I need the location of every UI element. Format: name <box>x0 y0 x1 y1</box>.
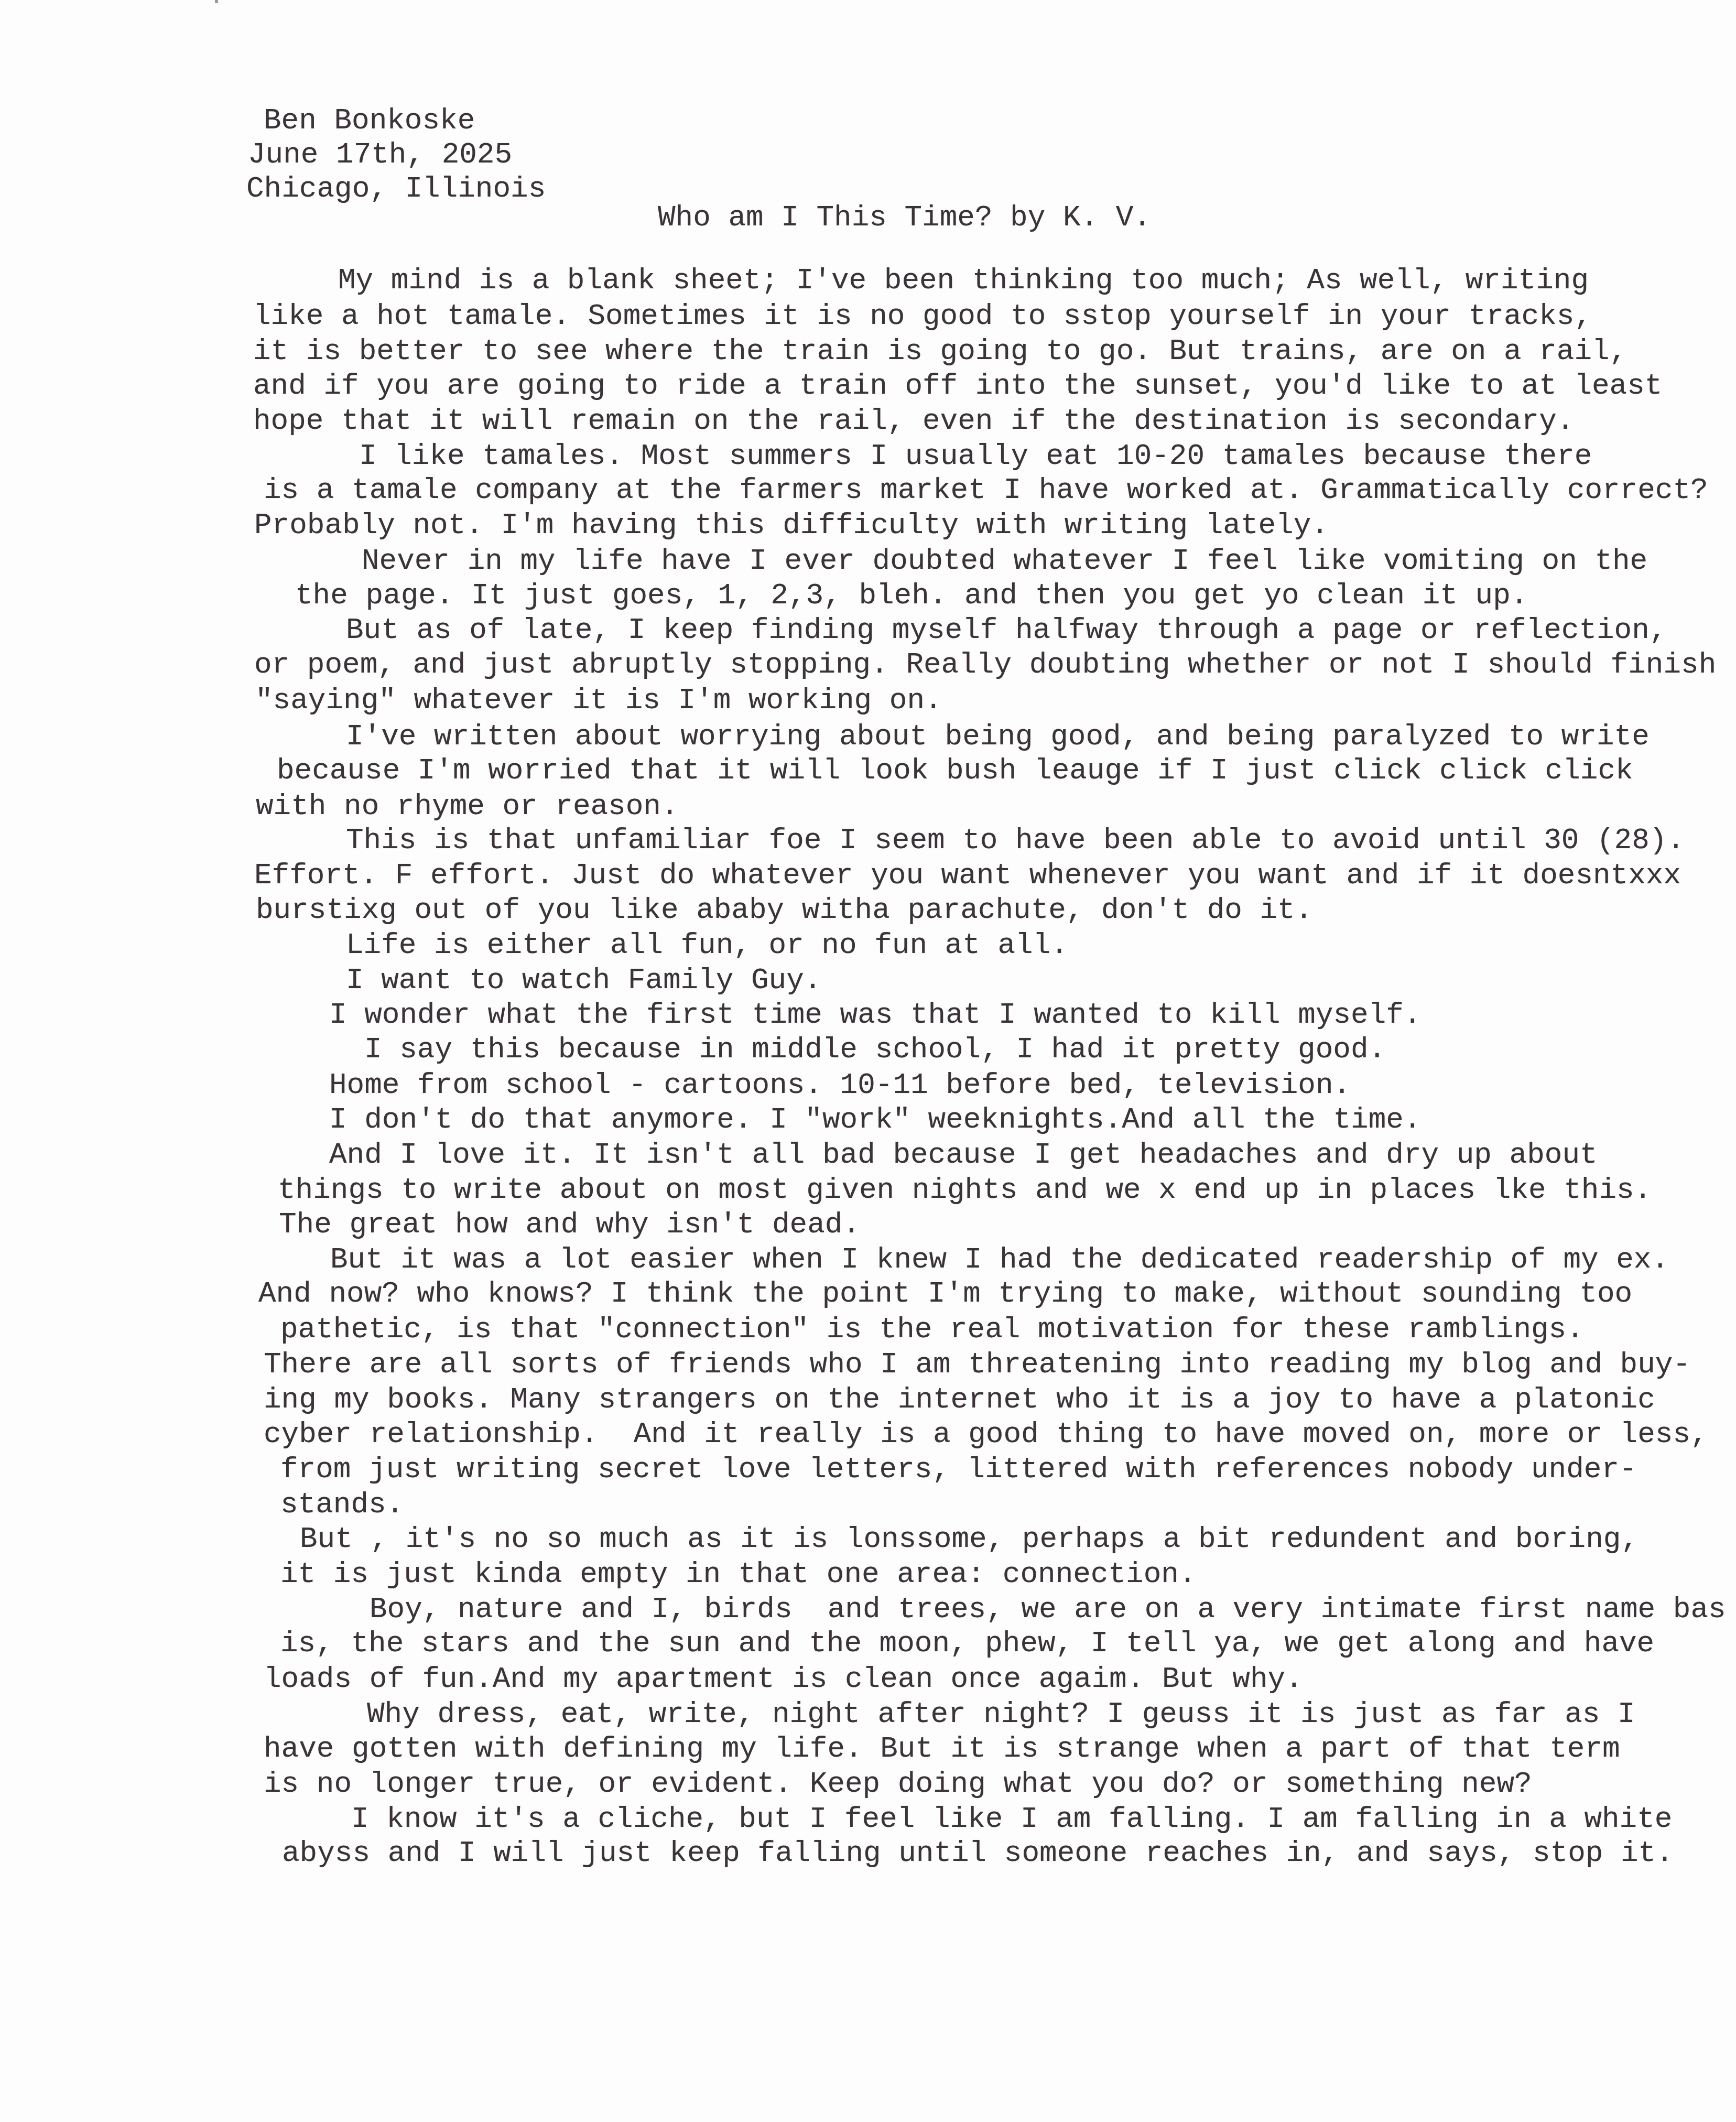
body-line: And now? who knows? I think the point I'… <box>258 1278 1632 1309</box>
body-line: But as of late, I keep finding myself ha… <box>346 614 1667 646</box>
body-line: This is that unfamiliar foe I seem to ha… <box>346 825 1685 856</box>
body-line: The great how and why isn't dead. <box>279 1209 860 1240</box>
body-line: Never in my life have I ever doubted wha… <box>362 545 1647 577</box>
body-line: I want to watch Family Guy. <box>346 965 821 996</box>
body-line: loads of fun.And my apartment is clean o… <box>264 1663 1303 1695</box>
scan-artifact <box>215 0 218 3</box>
body-line: is a tamale company at the farmers marke… <box>264 474 1708 506</box>
document-title: Who am I This Time? by K. V. <box>658 202 1151 233</box>
body-line: Home from school - cartoons. 10-11 befor… <box>329 1069 1351 1101</box>
body-line: it is just kinda empty in that one area:… <box>280 1558 1196 1590</box>
body-line: "saying" whatever it is I'm working on. <box>255 685 942 716</box>
body-line: from just writing secret love letters, l… <box>280 1454 1637 1485</box>
body-line: I don't do that anymore. I "work" weekni… <box>329 1104 1422 1135</box>
body-line: I wonder what the first time was that I … <box>329 999 1422 1031</box>
body-line: Why dress, eat, write, night after night… <box>367 1698 1635 1730</box>
body-line: pathetic, is that "connection" is the re… <box>280 1314 1584 1345</box>
body-line: it is better to see where the train is g… <box>253 335 1627 367</box>
body-line: or poem, and just abruptly stopping. Rea… <box>254 649 1716 680</box>
typed-page: Ben Bonkoske June 17th, 2025 Chicago, Il… <box>0 0 1736 2122</box>
body-line: because I'm worried that it will look bu… <box>277 755 1633 786</box>
body-line: I say this because in middle school, I h… <box>364 1034 1386 1065</box>
body-line: and if you are going to ride a train off… <box>253 370 1662 402</box>
body-line: cyber relationship. And it really is a g… <box>264 1419 1708 1450</box>
body-line: stands. <box>280 1489 404 1520</box>
body-line: But , it's no so much as it is lonssome,… <box>300 1523 1639 1555</box>
body-line: There are all sorts of friends who I am … <box>264 1349 1690 1380</box>
body-line: Life is either all fun, or no fun at all… <box>346 929 1068 961</box>
body-line: Probably not. I'm having this difficulty… <box>254 510 1329 541</box>
body-line: abyss and I will just keep falling until… <box>282 1837 1674 1869</box>
body-line: ing my books. Many strangers on the inte… <box>264 1384 1655 1415</box>
body-line: things to write about on most given nigh… <box>278 1174 1652 1206</box>
body-line: with no rhyme or reason. <box>256 791 679 822</box>
body-line: I've written about worrying about being … <box>346 721 1650 752</box>
body-line: Boy, nature and I, birds and trees, we a… <box>370 1594 1726 1625</box>
body-line: Effort. F effort. Just do whatever you w… <box>254 860 1681 891</box>
body-line: My mind is a blank sheet; I've been thin… <box>338 265 1589 296</box>
body-line: I know it's a cliche, but I feel like I … <box>351 1803 1672 1835</box>
date-line: June 17th, 2025 <box>248 139 512 170</box>
body-line: I like tamales. Most summers I usually e… <box>359 440 1592 472</box>
body-line: burstixg out of you like ababy witha par… <box>256 894 1312 926</box>
body-line: hope that it will remain on the rail, ev… <box>253 405 1574 437</box>
body-line: like a hot tamale. Sometimes it is no go… <box>253 300 1592 332</box>
body-line: is, the stars and the sun and the moon, … <box>280 1628 1654 1659</box>
body-line: is no longer true, or evident. Keep doin… <box>264 1768 1532 1800</box>
author-name: Ben Bonkoske <box>264 105 475 136</box>
body-line: But it was a lot easier when I knew I ha… <box>330 1244 1669 1275</box>
location-line: Chicago, Illinois <box>246 173 546 204</box>
body-line: have gotten with defining my life. But i… <box>264 1733 1620 1764</box>
body-line: the page. It just goes, 1, 2,3, bleh. an… <box>295 580 1528 611</box>
body-line: And I love it. It isn't all bad because … <box>329 1139 1598 1171</box>
